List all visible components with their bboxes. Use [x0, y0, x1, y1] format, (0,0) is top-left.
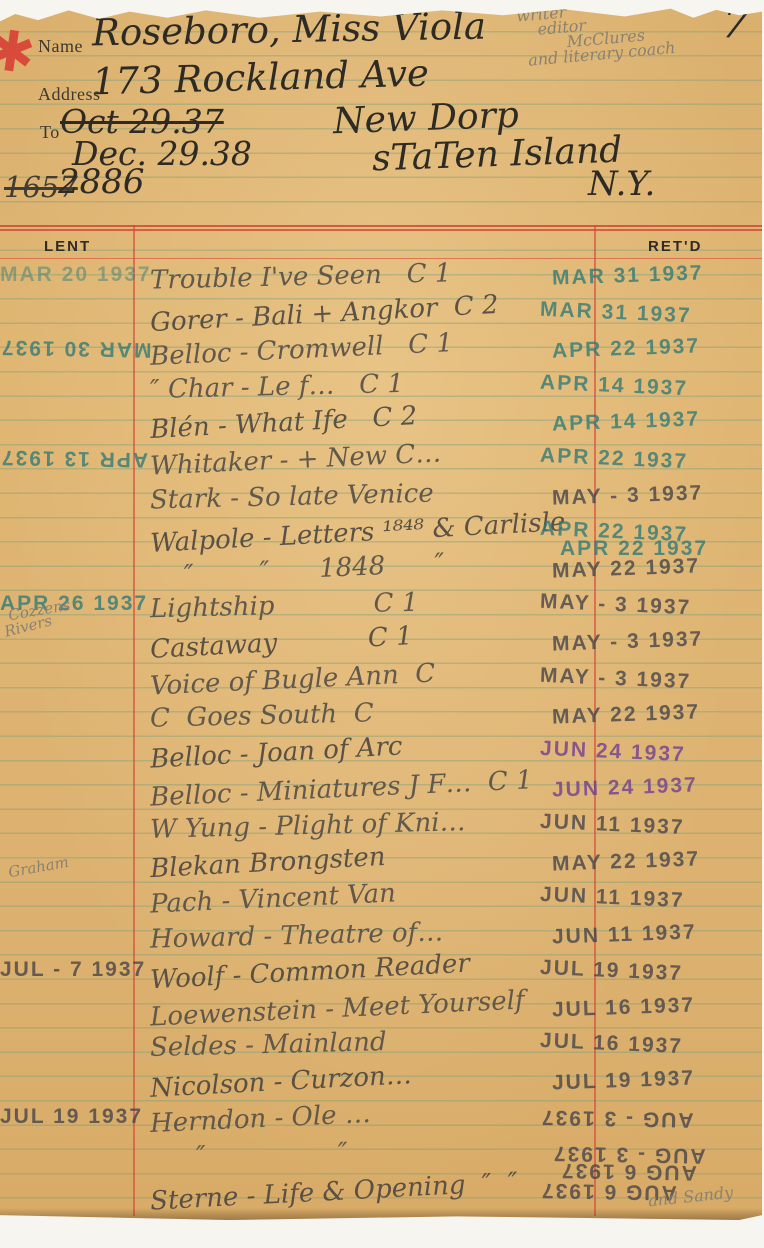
card-bottom-edge — [0, 1208, 762, 1220]
book-entry: Castaway C 1 — [149, 621, 413, 665]
returned-date-stamp: JUL 16 1937 — [552, 993, 696, 1022]
lent-date-stamp: MAR 20 1937 — [0, 263, 152, 287]
book-entry: ″ ″ — [150, 1138, 348, 1173]
city-line-3: N.Y. — [588, 164, 655, 204]
book-entry: Belloc - Cromwell C 1 — [149, 328, 453, 372]
returned-date-stamp: JUN 11 1937 — [552, 920, 697, 949]
table-row: Voice of Bugle Ann C MAY - 3 1937 — [0, 663, 762, 700]
name-label: Name — [38, 36, 83, 57]
returned-date-stamp: MAY - 3 1937 — [540, 590, 692, 621]
pencil-note: Graham — [7, 852, 70, 880]
returned-date-stamp: JUN 11 1937 — [540, 883, 686, 913]
book-entry: Lightship C 1 — [150, 588, 419, 625]
book-entry: Nicolson - Curzon… — [149, 1060, 412, 1104]
returned-date-stamp: MAY - 3 1937 — [552, 481, 704, 510]
book-entry: Woolf - Common Reader — [149, 949, 470, 996]
red-rule-header-bottom — [0, 258, 762, 259]
returned-date-stamp: JUL 16 1937 — [540, 1029, 684, 1059]
lent-date-stamp: APR 13 1937 — [0, 445, 148, 472]
table-row: Gorer - Bali + Angkor C 2 MAR 31 1937 — [0, 297, 762, 334]
returned-date-stamp: MAY - 3 1937 — [540, 663, 692, 694]
table-row: MAR 20 1937 Trouble I've Seen C 1 MAR 31… — [0, 260, 762, 297]
table-row: Belloc - Miniatures J F… C 1 JUN 24 1937 — [0, 772, 762, 809]
lending-table-body: MAR 20 1937 Trouble I've Seen C 1 MAR 31… — [0, 260, 762, 1211]
book-entry: Herndon - Ole … — [149, 1099, 371, 1139]
table-row: C Goes South C MAY 22 1937 — [0, 699, 762, 736]
lent-date-stamp: JUL - 7 1937 — [0, 958, 146, 982]
returned-date-stamp: JUL 19 1937 — [552, 1067, 696, 1096]
returned-date-stamp-extra: APR 22 1937 — [560, 537, 708, 561]
red-rule-top-1 — [0, 225, 762, 227]
table-row: Sterne - Life & Opening ″ ″ AUG 6 1937 A… — [0, 1175, 762, 1212]
book-entry: C Goes South C — [150, 698, 374, 733]
library-card: ✱ Name Roseboro, Miss Viola Address 173 … — [0, 8, 762, 1220]
table-row: Loewenstein - Meet Yourself JUL 16 1937 — [0, 992, 762, 1029]
book-entry: Stark - So late Venice — [150, 478, 434, 515]
table-row: Seldes - Mainland JUL 16 1937 — [0, 1028, 762, 1065]
pencil-annotation: writer editor McClures and literary coac… — [510, 0, 676, 69]
book-entry: Seldes - Mainland — [150, 1028, 387, 1064]
table-row: ″ Char - Le f… C 1 APR 14 1937 — [0, 370, 762, 407]
address-value: 173 Rockland Ave — [91, 52, 429, 104]
returned-date-stamp: MAR 31 1937 — [552, 261, 704, 290]
table-row: Graham Blekan Brongsten MAY 22 1937 — [0, 846, 762, 883]
column-header-lent: LENT — [44, 238, 91, 255]
table-row: W Yung - Plight of Kni… JUN 11 1937 — [0, 809, 762, 846]
book-entry: Belloc - Joan of Arc — [149, 731, 403, 774]
book-entry: Howard - Theatre of… — [150, 917, 444, 954]
table-row: ″ ″ 1848 ″ MAY 22 1937 APR 22 1937 — [0, 553, 762, 590]
table-row: APR 26 1937 Cozzens Rivers Lightship C 1… — [0, 589, 762, 626]
table-row: Belloc - Joan of Arc JUN 24 1937 — [0, 736, 762, 773]
book-entry: Whitaker - + New C… — [149, 438, 441, 481]
book-entry: Pach - Vincent Van — [149, 879, 396, 920]
to-label: To — [40, 122, 60, 143]
book-entry: Blén - What Ife C 2 — [149, 401, 418, 445]
returned-date-stamp: APR 14 1937 — [540, 371, 689, 401]
book-entry: Loewenstein - Meet Yourself — [150, 985, 526, 1032]
returned-date-stamp-extra: AUG 6 1937 — [560, 1158, 697, 1184]
table-row: Pach - Vincent Van JUN 11 1937 — [0, 882, 762, 919]
returned-date-stamp: JUN 24 1937 — [552, 774, 699, 803]
returned-date-stamp: AUG - 3 1937 — [540, 1104, 694, 1131]
name-value: Roseboro, Miss Viola — [92, 5, 487, 55]
table-row: APR 13 1937 Whitaker - + New C… APR 22 1… — [0, 443, 762, 480]
book-entry: Belloc - Miniatures J F… C 1 — [150, 766, 534, 813]
city-line-2: sTaTen Island — [371, 130, 622, 180]
column-header-retd: RET'D — [648, 238, 702, 255]
table-row: Blén - What Ife C 2 APR 14 1937 — [0, 406, 762, 443]
lent-date-stamp: JUL 19 1937 — [0, 1105, 143, 1129]
returned-date-stamp: MAR 31 1937 — [540, 297, 692, 328]
table-row: Nicolson - Curzon… JUL 19 1937 — [0, 1065, 762, 1102]
returned-date-stamp: APR 14 1937 — [552, 408, 701, 437]
returned-date-stamp: JUN 24 1937 — [540, 737, 687, 767]
page-number: 7 — [720, 1, 750, 49]
returned-date-stamp: MAY 22 1937 — [552, 701, 701, 730]
book-entry: ″ ″ 1848 ″ — [149, 548, 445, 591]
returned-date-stamp: APR 22 1937 — [540, 444, 689, 474]
returned-date-stamp: APR 22 1937 — [552, 335, 701, 364]
book-entry: W Yung - Plight of Kni… — [150, 807, 466, 845]
table-row: MAR 30 1937 Belloc - Cromwell C 1 APR 22… — [0, 333, 762, 370]
book-entry: ″ Char - Le f… C 1 — [150, 369, 405, 405]
table-row: Stark - So late Venice MAY - 3 1937 — [0, 480, 762, 517]
lent-date-stamp: MAR 30 1937 — [0, 335, 152, 362]
table-row: JUL - 7 1937 Woolf - Common Reader JUL 1… — [0, 955, 762, 992]
table-row: Castaway C 1 MAY - 3 1937 — [0, 626, 762, 663]
table-row: JUL 19 1937 Herndon - Ole … AUG - 3 1937 — [0, 1102, 762, 1139]
book-entry: Voice of Bugle Ann C — [149, 658, 435, 701]
card-number: 2886 — [58, 162, 145, 202]
book-entry: Blekan Brongsten — [149, 841, 386, 883]
table-row: Howard - Theatre of… JUN 11 1937 — [0, 919, 762, 956]
book-entry: Trouble I've Seen C 1 — [150, 258, 452, 295]
returned-date-stamp: MAY 22 1937 — [552, 847, 701, 876]
returned-date-stamp: JUL 19 1937 — [540, 956, 684, 986]
returned-date-stamp: JUN 11 1937 — [540, 810, 686, 840]
returned-date-stamp: MAY - 3 1937 — [552, 627, 704, 656]
red-rule-top-2 — [0, 229, 762, 231]
